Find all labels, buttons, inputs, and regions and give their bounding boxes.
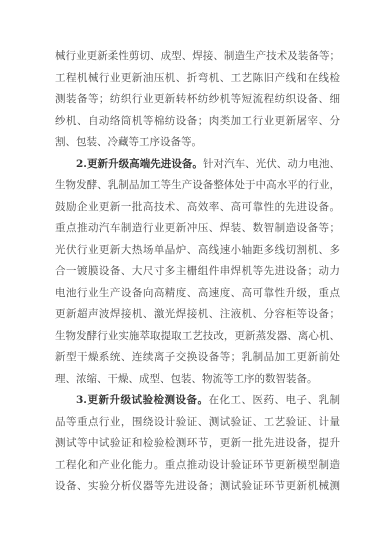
text-line: 合一镀膜设备、大尺寸多主栅组件串焊机等先进设备；动力 — [55, 261, 340, 283]
line-text: 理、浓缩、干燥、成型、包装、物流等工序的数智装备。 — [55, 373, 318, 385]
text-line-paragraph-start: 3.更新升级试验检测设备。在化工、医药、电子、乳制 — [55, 390, 340, 412]
text-line: 重点推动汽车制造行业更新冲压、焊装、数智制造设备等； — [55, 218, 340, 240]
line-text: 设备、实验分析仪器等先进设备；测试验证环节更新机械测 — [55, 480, 340, 492]
line-text: 测试等中试验证和检验检测环节，更新一批先进设备，提升 — [55, 437, 340, 449]
line-text: 纱机、自动络筒机等棉纺设备；肉类加工行业更新屠宰、分 — [55, 115, 340, 127]
bold-lead: 2.更新升级高端先进设备。 — [76, 158, 203, 170]
line-text: 械行业更新柔性剪切、成型、焊接、制造生产技术及装备等； — [55, 50, 340, 62]
line-text: 在化工、医药、电子、乳制 — [208, 394, 340, 406]
line-text: 工程化和产业化能力。重点推动设计验证环节更新模型制造 — [55, 459, 340, 471]
text-line: 纱机、自动络筒机等棉纺设备；肉类加工行业更新屠宰、分 — [55, 111, 340, 133]
line-text: 针对汽车、光伏、动力电池、 — [203, 158, 340, 170]
line-text: 生物发酵、乳制品加工等生产设备整体处于中高水平的行业， — [55, 179, 340, 191]
text-line-paragraph-end: 理、浓缩、干燥、成型、包装、物流等工序的数智装备。 — [55, 369, 340, 391]
line-text: 割、包装、冷藏等工序设备等。 — [55, 136, 202, 148]
text-line-paragraph-start: 2.更新升级高端先进设备。针对汽车、光伏、动力电池、 — [55, 154, 340, 176]
text-line: 新型干燥系统、连续离子交换设备等；乳制品加工更新前处 — [55, 347, 340, 369]
line-text: 品等重点行业，围绕设计验证、测试验证、工艺验证、计量 — [55, 416, 340, 428]
line-text: 电池行业生产设备向高精度、高速度、高可靠性升级，重点 — [55, 287, 340, 299]
text-line: 工程机械行业更新油压机、折弯机、工艺陈旧产线和在线检 — [55, 68, 340, 90]
text-line: 工程化和产业化能力。重点推动设计验证环节更新模型制造 — [55, 455, 340, 477]
text-line: 生物发酵、乳制品加工等生产设备整体处于中高水平的行业， — [55, 175, 340, 197]
text-line: 设备、实验分析仪器等先进设备；测试验证环节更新机械测 — [55, 476, 340, 498]
text-line: 鼓励企业更新一批高技术、高效率、高可靠性的先进设备。 — [55, 197, 340, 219]
bold-lead: 3.更新升级试验检测设备。 — [76, 394, 208, 406]
text-line: 更新超声波焊接机、激光焊接机、注液机、分容柜等设备； — [55, 304, 340, 326]
text-line: 品等重点行业，围绕设计验证、测试验证、工艺验证、计量 — [55, 412, 340, 434]
text-line: 光伏行业更新大热场单晶炉、高线速小轴距多线切割机、多 — [55, 240, 340, 262]
line-text: 重点推动汽车制造行业更新冲压、焊装、数智制造设备等； — [55, 222, 340, 234]
line-text: 测装备等；纺织行业更新转杯纺纱机等短流程纺织设备、细 — [55, 93, 340, 105]
text-line: 测装备等；纺织行业更新转杯纺纱机等短流程纺织设备、细 — [55, 89, 340, 111]
line-text: 新型干燥系统、连续离子交换设备等；乳制品加工更新前处 — [55, 351, 340, 363]
line-text: 鼓励企业更新一批高技术、高效率、高可靠性的先进设备。 — [55, 201, 340, 213]
line-text: 工程机械行业更新油压机、折弯机、工艺陈旧产线和在线检 — [55, 72, 340, 84]
line-text: 生物发酵行业实施萃取提取工艺技改，更新蒸发器、离心机、 — [55, 330, 340, 342]
text-line: 械行业更新柔性剪切、成型、焊接、制造生产技术及装备等； — [55, 46, 340, 68]
text-line: 电池行业生产设备向高精度、高速度、高可靠性升级，重点 — [55, 283, 340, 305]
text-line-paragraph-end: 割、包装、冷藏等工序设备等。 — [55, 132, 340, 154]
line-text: 更新超声波焊接机、激光焊接机、注液机、分容柜等设备； — [55, 308, 340, 320]
document-page: 械行业更新柔性剪切、成型、焊接、制造生产技术及装备等； 工程机械行业更新油压机、… — [0, 0, 390, 551]
text-line: 生物发酵行业实施萃取提取工艺技改，更新蒸发器、离心机、 — [55, 326, 340, 348]
line-text: 光伏行业更新大热场单晶炉、高线速小轴距多线切割机、多 — [55, 244, 340, 256]
line-text: 合一镀膜设备、大尺寸多主栅组件串焊机等先进设备；动力 — [55, 265, 340, 277]
text-line: 测试等中试验证和检验检测环节，更新一批先进设备，提升 — [55, 433, 340, 455]
